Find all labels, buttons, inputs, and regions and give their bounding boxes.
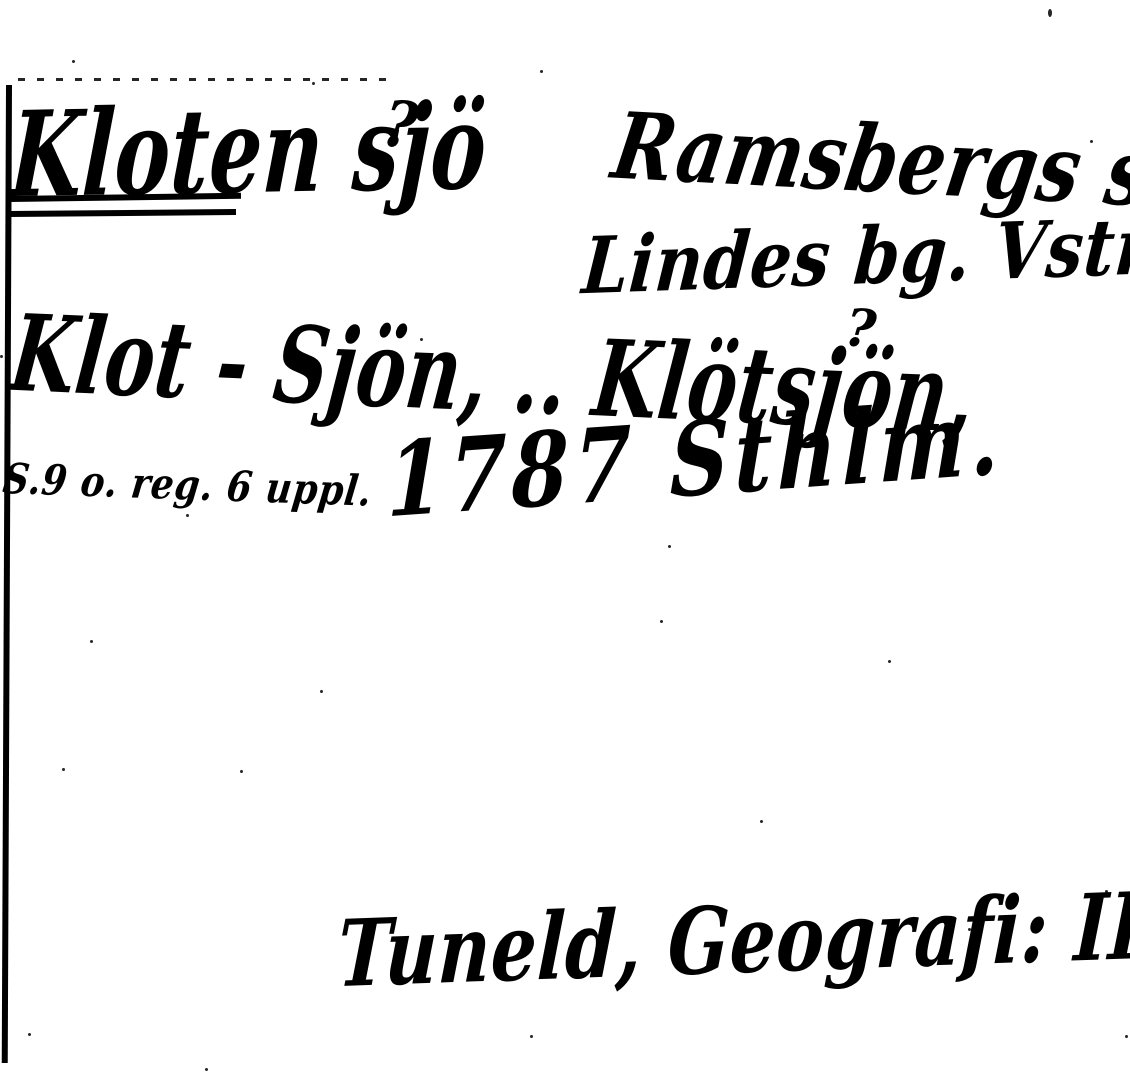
ink-speck [1105,890,1108,893]
ink-speck [205,1068,208,1071]
scanned-index-card: Kloten sjö ? Ramsbergs sn Lindes bg. Vst… [0,0,1130,1076]
ink-speck [668,545,671,548]
ink-speck [72,60,75,63]
ink-speck [240,770,243,773]
ink-speck [1090,140,1093,143]
ink-speck [0,355,3,358]
source-citation-text: Tuneld, Geografi: III. [336,878,1130,1000]
ink-speck [760,820,763,823]
ink-speck [90,640,93,643]
ink-speck [420,338,423,341]
ink-speck [888,660,891,663]
left-margin-rule [2,85,12,1063]
ink-speck [28,1033,31,1036]
ink-speck [62,768,65,771]
ink-speck [312,82,315,85]
ink-speck [540,70,543,73]
ink-speck [1125,1035,1128,1038]
page-reference-text: S.9 o. reg. 6 uppl. [1,458,375,513]
ink-speck [530,1035,533,1038]
ink-speck [968,928,971,931]
variant-diacritic-mark: ? [843,302,880,357]
ink-speck [186,514,189,517]
ink-speck [1048,9,1052,17]
district-text: Lindes bg. Vstm. [580,206,1130,306]
ink-speck [660,620,663,623]
ink-speck [320,690,323,693]
